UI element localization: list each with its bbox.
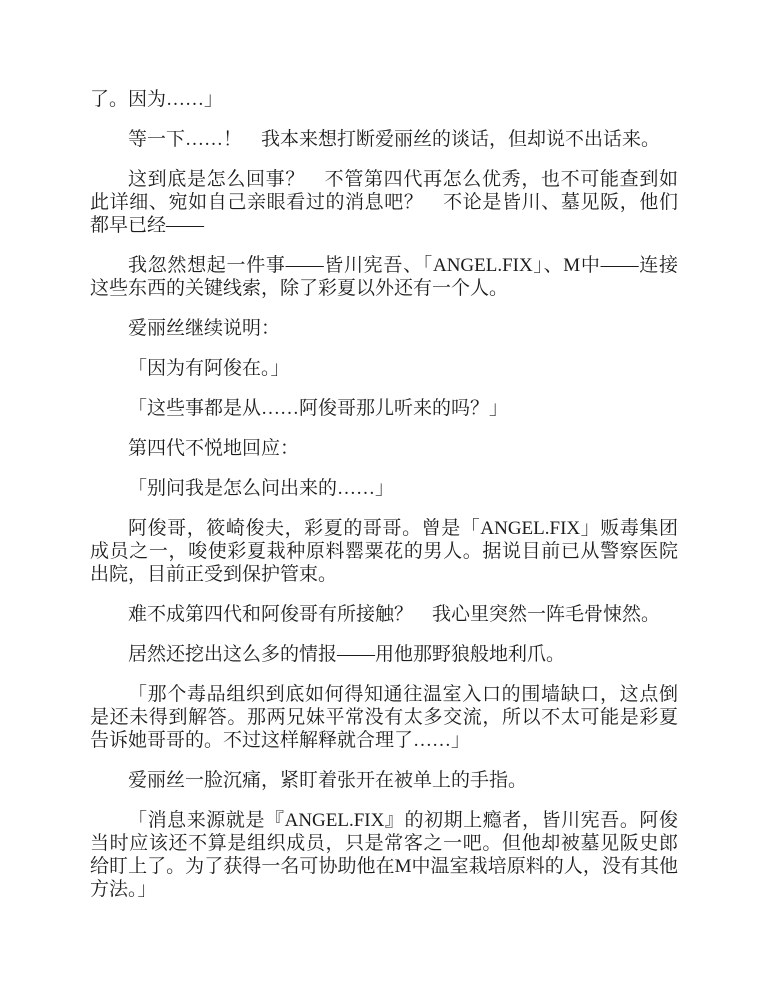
paragraph: 爱丽丝继续说明： [90, 317, 678, 340]
paragraph: 难不成第四代和阿俊哥有所接触？ 我心里突然一阵毛骨悚然。 [90, 603, 678, 626]
paragraph: 居然还挖出这么多的情报——用他那野狼般地利爪。 [90, 643, 678, 666]
paragraph: 「因为有阿俊在。」 [90, 357, 678, 380]
paragraph: 阿俊哥，筱崎俊夫，彩夏的哥哥。曾是「ANGEL.FIX」贩毒集团成员之一，唆使彩… [90, 517, 678, 586]
paragraph: 等一下……！ 我本来想打断爱丽丝的谈话，但却说不出话来。 [90, 128, 678, 151]
paragraph: 第四代不悦地回应： [90, 437, 678, 460]
paragraph: 「消息来源就是『ANGEL.FIX』的初期上瘾者，皆川宪吾。阿俊当时应该还不算是… [90, 809, 678, 901]
book-page: 了。因为……」等一下……！ 我本来想打断爱丽丝的谈话，但却说不出话来。这到底是怎… [0, 0, 765, 990]
paragraph: 「那个毒品组织到底如何得知通往温室入口的围墙缺口，这点倒是还未得到解答。那两兄妹… [90, 683, 678, 752]
paragraph: 了。因为……」 [90, 88, 678, 111]
paragraph: 「别问我是怎么问出来的……」 [90, 477, 678, 500]
paragraph: 我忽然想起一件事——皆川宪吾、「ANGEL.FIX」、M中——连接这些东西的关键… [90, 254, 678, 300]
paragraph: 这到底是怎么回事？ 不管第四代再怎么优秀，也不可能查到如此详细、宛如自己亲眼看过… [90, 168, 678, 237]
page-content: 了。因为……」等一下……！ 我本来想打断爱丽丝的谈话，但却说不出话来。这到底是怎… [90, 88, 678, 918]
paragraph: 「这些事都是从……阿俊哥那儿听来的吗？」 [90, 397, 678, 420]
paragraph: 爱丽丝一脸沉痛，紧盯着张开在被单上的手指。 [90, 769, 678, 792]
